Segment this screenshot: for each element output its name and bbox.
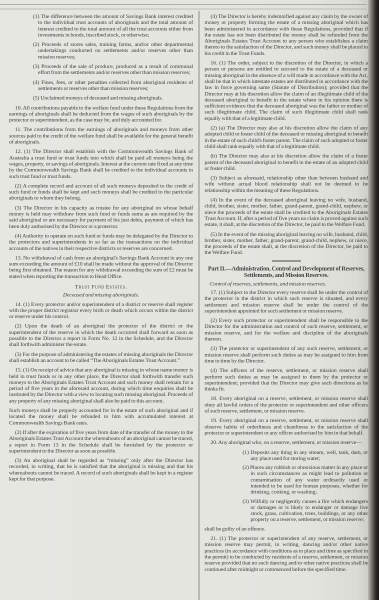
regulation-20-item-3: (3) Wilfully or negligently causes a fir…	[251, 498, 369, 523]
scanned-document-page: (1) The difference between the amount of…	[0, 0, 379, 600]
regulation-15-1: 15. (1) On receipt of advice that any ab…	[9, 367, 193, 404]
regulation-10: 10. All contributions payable to the wel…	[9, 105, 193, 123]
heading-part-ii: Part II.—Administration, Control and Dev…	[205, 265, 369, 278]
regulation-list-item-2: (2) Proceeds of stores sales, training f…	[38, 42, 193, 60]
regulation-16-2b: (b) The Director may also at his discret…	[205, 153, 369, 171]
regulation-19: 19. Every aboriginal on a reserve, settl…	[205, 418, 369, 436]
regulation-21-1: 21. (1) The protector or superintendent …	[205, 536, 369, 573]
right-column: (4) The Director is hereby indemnified a…	[205, 14, 369, 576]
regulation-14-1: 14. (1) Every protector and/or superinte…	[9, 301, 193, 319]
regulation-15-1-continued: Such moneys shall be properly accounted …	[9, 408, 193, 426]
regulation-20-item-1: (1) Deposits any thing in any stream, we…	[251, 449, 369, 461]
regulation-list-item-3: (3) Proceeds of the sale of produce, pro…	[38, 64, 193, 76]
regulation-18: 18. Every aboriginal on a reserve, settl…	[205, 396, 369, 414]
regulation-16-2a: (2) (a) The Director may also at his dis…	[205, 125, 369, 150]
regulation-17-3: (3) The protector or superintendent of a…	[205, 346, 369, 364]
regulation-20-intro: 20. Any aboriginal who, on a reserve, se…	[205, 440, 369, 446]
scan-artifact-line-top-1	[0, 4, 367, 5]
regulation-12-1: 12. (1) The Director shall establish wit…	[9, 149, 193, 180]
heading-trust-fund-estates: Trust Fund Estates.	[9, 284, 193, 290]
regulation-17-1: 17. (1) Subject to the Director every re…	[205, 289, 369, 314]
regulation-list-item-1: (1) The difference between the amount of…	[38, 14, 193, 39]
section-divider-rule	[272, 260, 301, 261]
regulation-16-4: (4) In the event of the deceased aborigi…	[205, 197, 369, 228]
regulation-list-item-4: (4) Fines, fees, or other penalties coll…	[38, 79, 193, 91]
regulation-20-item-2: (2) Places any rubbish or obnoxious matt…	[251, 465, 369, 496]
regulation-list-item-5: (5) Unclaimed moneys of deceased and mis…	[38, 95, 193, 101]
regulation-17-2: (2) Every such protector or superintende…	[205, 318, 369, 343]
regulation-15-4: (4) The Director is hereby indemnified a…	[205, 14, 369, 57]
regulation-15-3: (3) An aboriginal shall be regarded as “…	[9, 458, 193, 483]
regulation-15-2: (2) If after the expiration of five year…	[9, 429, 193, 454]
regulation-20-closing: shall be guilty of an offence.	[205, 526, 369, 532]
subheading-control-of-reserves: Control of reserves, settlements, and mi…	[205, 281, 369, 287]
regulation-16-3: (3) Subject as aforesaid, relationship o…	[205, 175, 369, 193]
regulation-16-1: 16. (1) The order, subject to the discre…	[205, 60, 369, 121]
regulation-14-3: (3) For the purpose of administering the…	[9, 351, 193, 363]
regulation-17-4: (4) The officers of the reserve, settlem…	[205, 368, 369, 393]
regulation-11: 11. The contributions from the earnings …	[9, 127, 193, 145]
regulation-13: 13. No withdrawal of cash from an aborig…	[9, 255, 193, 280]
regulation-12-4: (4) Authority to operate on such fund or…	[9, 233, 193, 251]
page-content: (1) The difference between the amount of…	[0, 0, 379, 600]
left-column: (1) The difference between the amount of…	[9, 14, 193, 486]
regulation-14-2: (2) Upon the death of an aboriginal the …	[9, 323, 193, 348]
regulation-12-3: (3) The Director in his capacity as trus…	[9, 205, 193, 230]
subheading-deceased-missing-aboriginals: Deceased and missing aboriginals.	[9, 292, 193, 298]
scan-artifact-line-top-2	[0, 9, 367, 10]
regulation-12-2: (2) A complete record and account of all…	[9, 183, 193, 201]
regulation-16-5: (5) In the event of the missing aborigin…	[205, 231, 369, 256]
page-edge-shadow	[368, 0, 379, 600]
column-gutter-rule	[199, 11, 200, 600]
